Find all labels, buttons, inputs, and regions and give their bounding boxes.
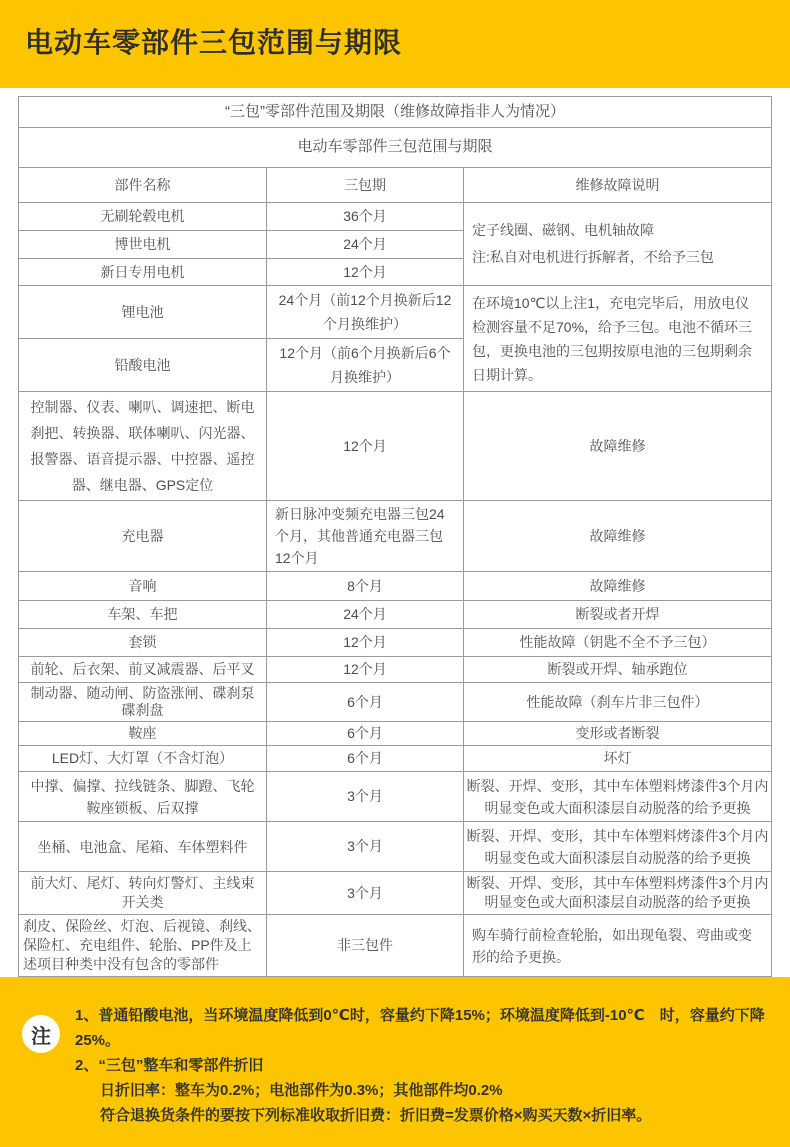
fault-cell: 故障维修 (464, 501, 772, 572)
period-cell: 6个月 (267, 722, 464, 746)
fault-cell: 变形或者断裂 (464, 722, 772, 746)
part-cell: 控制器、仪表、喇叭、调速把、断电刹把、转换器、联体喇叭、闪光器、报警器、语音提示… (19, 392, 267, 501)
part-cell: 鞍座 (19, 722, 267, 746)
fault-cell: 断裂、开焊、变形，其中车体塑料烤漆件3个月内明显变色或大面积漆层自动脱落的给予更… (464, 872, 772, 915)
period-cell: 24个月 (267, 601, 464, 629)
warranty-table-section: “三包”零部件范围及期限（维修故障指非人为情况） 电动车零部件三包范围与期限 部… (0, 88, 790, 977)
period-cell: 36个月 (267, 203, 464, 231)
table-header-row: 部件名称 三包期 维修故障说明 (19, 168, 772, 203)
period-cell: 6个月 (267, 746, 464, 772)
notes-section: 注 1、普通铅酸电池，当环境温度降低到0℃时，容量约下降15%；环境温度降低到-… (0, 977, 790, 1147)
part-cell: 博世电机 (19, 231, 267, 259)
fault-cell: 断裂或者开焊 (464, 601, 772, 629)
fault-cell: 断裂、开焊、变形，其中车体塑料烤漆件3个月内明显变色或大面积漆层自动脱落的给予更… (464, 822, 772, 872)
part-cell: 制动器、随动闸、防盗涨闸、碟刹泵碟刹盘 (19, 683, 267, 722)
page: 电动车零部件三包范围与期限 “三包”零部件范围及期限（维修故障指非人为情况） 电… (0, 0, 790, 1147)
part-cell: 中撑、偏撑、拉线链条、脚蹬、飞轮鞍座锁板、后双撑 (19, 772, 267, 822)
period-cell: 12个月 (267, 259, 464, 286)
table-row: 充电器 新日脉冲变频充电器三包24个月，其他普通充电器三包12个月 故障维修 (19, 501, 772, 572)
col-header-fault: 维修故障说明 (464, 168, 772, 203)
table-row: 音响 8个月 故障维修 (19, 572, 772, 601)
note-text-block: 1、普通铅酸电池，当环境温度降低到0℃时，容量约下降15%；环境温度降低到-10… (75, 1003, 780, 1128)
col-header-period: 三包期 (267, 168, 464, 203)
col-header-part: 部件名称 (19, 168, 267, 203)
table-row: 前轮、后衣架、前叉减震器、后平叉 12个月 断裂或开焊、轴承跑位 (19, 657, 772, 683)
part-cell: LED灯、大灯罩（不含灯泡） (19, 746, 267, 772)
table-row: 中撑、偏撑、拉线链条、脚蹬、飞轮鞍座锁板、后双撑 3个月 断裂、开焊、变形，其中… (19, 772, 772, 822)
fault-cell-motors: 定子线圈、磁钢、电机轴故障 注:私自对电机进行拆解者，不给予三包 (464, 203, 772, 286)
note-badge: 注 (22, 1015, 60, 1053)
fault-cell: 坏灯 (464, 746, 772, 772)
part-cell: 套锁 (19, 629, 267, 657)
table-row: 车架、车把 24个月 断裂或者开焊 (19, 601, 772, 629)
period-cell: 12个月 (267, 392, 464, 501)
part-cell: 前大灯、尾灯、转向灯警灯、主线束开关类 (19, 872, 267, 915)
fault-cell: 购车骑行前检查轮胎，如出现龟裂、弯曲或变形的给予更换。 (464, 915, 772, 977)
table-row: 前大灯、尾灯、转向灯警灯、主线束开关类 3个月 断裂、开焊、变形，其中车体塑料烤… (19, 872, 772, 915)
period-cell: 新日脉冲变频充电器三包24个月，其他普通充电器三包12个月 (267, 501, 464, 572)
table-subtitle-row: 电动车零部件三包范围与期限 (19, 128, 772, 168)
period-cell: 非三包件 (267, 915, 464, 977)
part-cell: 刹皮、保险丝、灯泡、后视镜、刹线、保险杠、充电组件、轮胎、PP件及上述项目种类中… (19, 915, 267, 977)
fault-cell: 性能故障（刹车片非三包件） (464, 683, 772, 722)
table-row: LED灯、大灯罩（不含灯泡） 6个月 坏灯 (19, 746, 772, 772)
part-cell: 无刷轮毂电机 (19, 203, 267, 231)
fault-cell: 故障维修 (464, 572, 772, 601)
page-title: 电动车零部件三包范围与期限 (0, 0, 790, 59)
note-line: 日折旧率：整车为0.2%；电池部件为0.3%；其他部件均0.2% (75, 1078, 780, 1103)
table-row: 无刷轮毂电机 36个月 定子线圈、磁钢、电机轴故障 注:私自对电机进行拆解者，不… (19, 203, 772, 231)
fault-cell: 故障维修 (464, 392, 772, 501)
period-cell: 8个月 (267, 572, 464, 601)
table-row: 坐桶、电池盒、尾箱、车体塑料件 3个月 断裂、开焊、变形，其中车体塑料烤漆件3个… (19, 822, 772, 872)
part-cell: 前轮、后衣架、前叉减震器、后平叉 (19, 657, 267, 683)
table-row: 鞍座 6个月 变形或者断裂 (19, 722, 772, 746)
part-cell: 音响 (19, 572, 267, 601)
part-cell: 新日专用电机 (19, 259, 267, 286)
table-row: 制动器、随动闸、防盗涨闸、碟刹泵碟刹盘 6个月 性能故障（刹车片非三包件） (19, 683, 772, 722)
fault-cell: 性能故障（钥匙不全不予三包） (464, 629, 772, 657)
warranty-table: “三包”零部件范围及期限（维修故障指非人为情况） 电动车零部件三包范围与期限 部… (18, 96, 772, 977)
table-title-row: “三包”零部件范围及期限（维修故障指非人为情况） (19, 97, 772, 128)
period-cell: 3个月 (267, 772, 464, 822)
note-line: 1、普通铅酸电池，当环境温度降低到0℃时，容量约下降15%；环境温度降低到-10… (75, 1003, 780, 1053)
period-cell: 3个月 (267, 822, 464, 872)
table-title: “三包”零部件范围及期限（维修故障指非人为情况） (19, 97, 772, 128)
fault-cell: 断裂或开焊、轴承跑位 (464, 657, 772, 683)
period-cell: 3个月 (267, 872, 464, 915)
table-row: 套锁 12个月 性能故障（钥匙不全不予三包） (19, 629, 772, 657)
part-cell: 坐桶、电池盒、尾箱、车体塑料件 (19, 822, 267, 872)
fault-cell: 断裂、开焊、变形，其中车体塑料烤漆件3个月内明显变色或大面积漆层自动脱落的给予更… (464, 772, 772, 822)
part-cell: 车架、车把 (19, 601, 267, 629)
period-cell: 24个月（前12个月换新后12个月换维护） (267, 286, 464, 339)
period-cell: 24个月 (267, 231, 464, 259)
part-cell: 锂电池 (19, 286, 267, 339)
period-cell: 12个月 (267, 629, 464, 657)
table-subtitle: 电动车零部件三包范围与期限 (19, 128, 772, 168)
page-header: 电动车零部件三包范围与期限 (0, 0, 790, 88)
note-line: 2、“三包”整车和零部件折旧 (75, 1053, 780, 1078)
part-cell: 铅酸电池 (19, 339, 267, 392)
fault-cell-batteries: 在环境10℃以上注1，充电完毕后，用放电仪检测容量不足70%，给予三包。电池不循… (464, 286, 772, 392)
table-row: 锂电池 24个月（前12个月换新后12个月换维护） 在环境10℃以上注1，充电完… (19, 286, 772, 339)
period-cell: 6个月 (267, 683, 464, 722)
table-row: 刹皮、保险丝、灯泡、后视镜、刹线、保险杠、充电组件、轮胎、PP件及上述项目种类中… (19, 915, 772, 977)
period-cell: 12个月 (267, 657, 464, 683)
note-line: 符合退换货条件的要按下列标准收取折旧费：折旧费=发票价格×购买天数×折旧率。 (75, 1103, 780, 1128)
period-cell: 12个月（前6个月换新后6个月换维护） (267, 339, 464, 392)
table-row: 控制器、仪表、喇叭、调速把、断电刹把、转换器、联体喇叭、闪光器、报警器、语音提示… (19, 392, 772, 501)
part-cell: 充电器 (19, 501, 267, 572)
